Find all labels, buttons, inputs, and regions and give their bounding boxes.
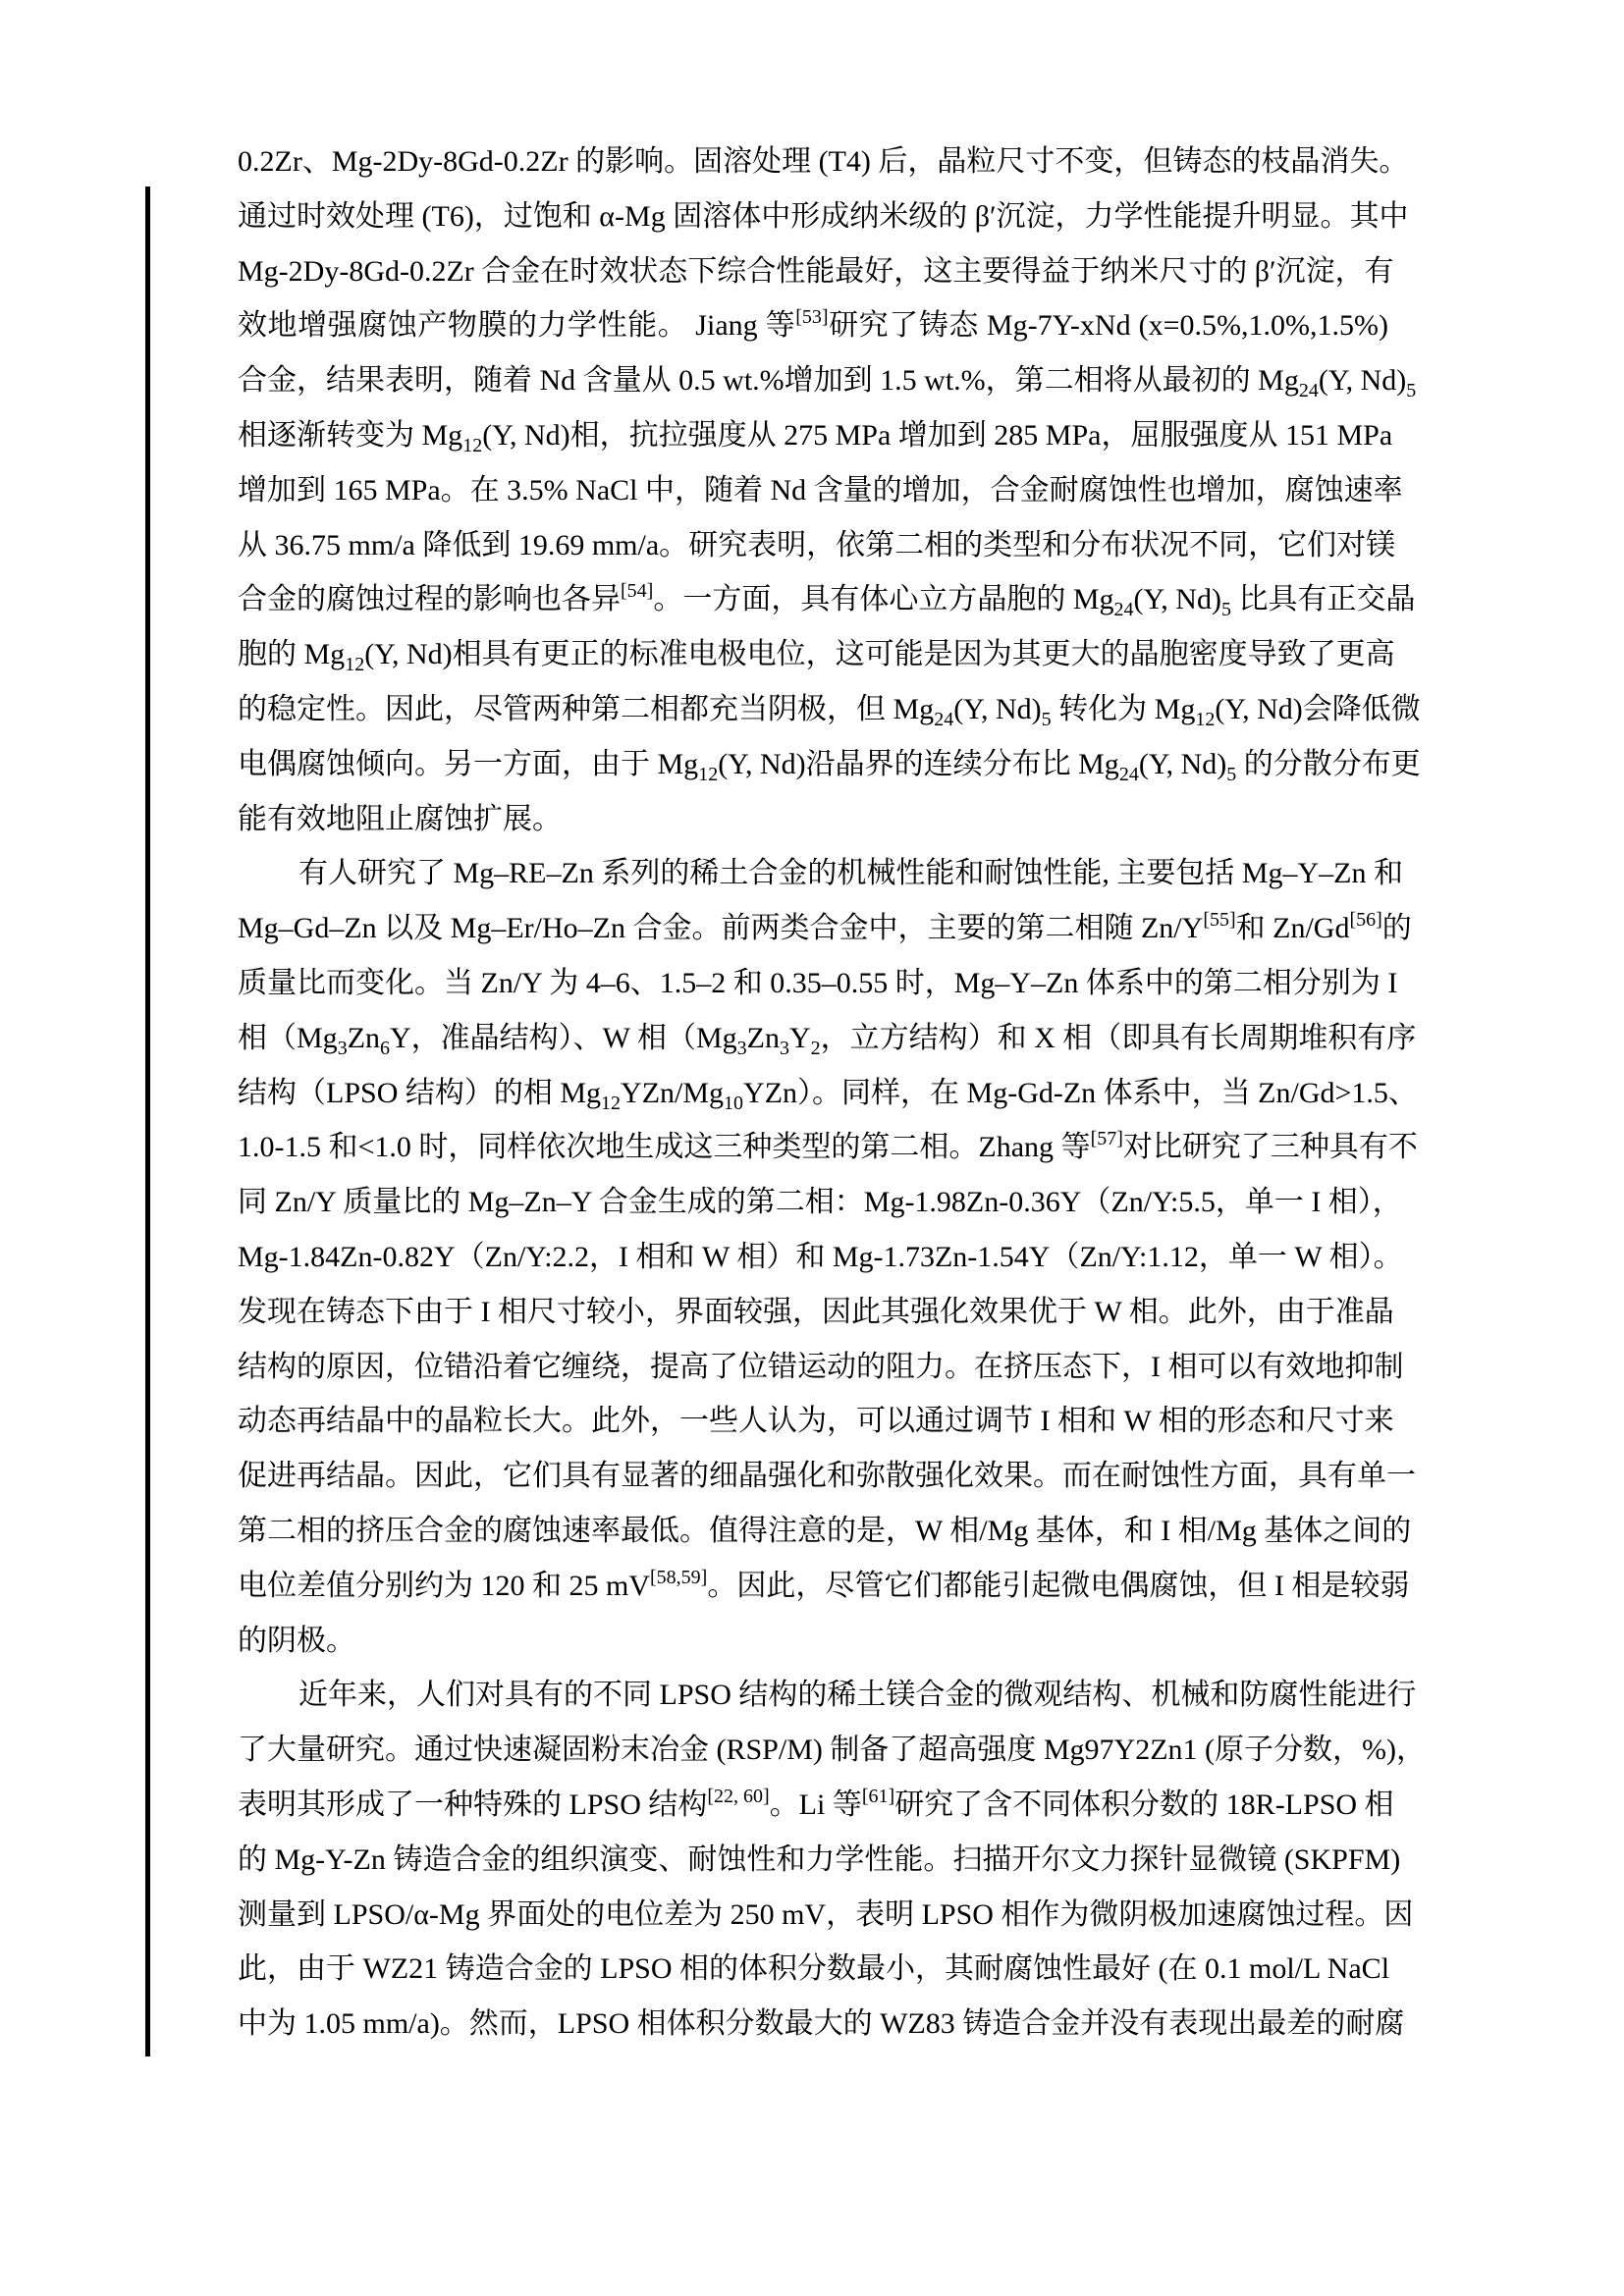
left-margin-line (145, 187, 150, 2056)
text-segment: 。一方面，具有体心立方晶胞的 Mg (653, 583, 1113, 615)
subscript: 3 (338, 1038, 348, 1059)
subscript: 6 (380, 1038, 390, 1059)
superscript-reference: [57] (1091, 1128, 1123, 1149)
text-segment: 能有效地阻止腐蚀扩展。 (238, 803, 562, 835)
text-line: Mg-1.84Zn-0.82Y（Zn/Y:2.2，I 相和 W 相）和 Mg-1… (238, 1230, 1388, 1285)
text-segment: 比具有正交晶 (1231, 583, 1416, 615)
text-segment: 。因此，尽管它们都能引起微电偶腐蚀，但 I 相是较弱 (707, 1570, 1409, 1602)
text-line: 同 Zn/Y 质量比的 Mg–Zn–Y 合金生成的第二相：Mg-1.98Zn-0… (238, 1175, 1388, 1230)
text-segment: ，立方结构）和 X 相（即具有长周期堆积有序 (821, 1022, 1417, 1054)
text-line: 1.0-1.5 和<1.0 时，同样依次地生成这三种类型的第二相。Zhang 等… (238, 1120, 1388, 1175)
text-segment: 了大量研究。通过快速凝固粉末冶金 (RSP/M) 制备了超高强度 Mg97Y2Z… (238, 1734, 1426, 1766)
subscript: 2 (811, 1038, 821, 1059)
subscript: 12 (601, 1093, 621, 1114)
text-line: 通过时效处理 (T6)，过饱和 α-Mg 固溶体中形成纳米级的 β′沉淀，力学性… (238, 189, 1388, 244)
text-line: Mg–Gd–Zn 以及 Mg–Er/Ho–Zn 合金。前两类合金中，主要的第二相… (238, 901, 1388, 956)
text-line: 胞的 Mg12(Y, Nd)相具有更正的标准电极电位，这可能是因为其更大的晶胞密… (238, 627, 1388, 682)
text-segment: 的 Mg-Y-Zn 铸造合金的组织演变、耐蚀性和力学性能。扫描开尔文力探针显微镜… (238, 1843, 1400, 1876)
text-segment: (Y, Nd)相，抗拉强度从 275 MPa 增加到 285 MPa，屈服强度从… (482, 419, 1392, 452)
text-segment: 的阴极。 (238, 1625, 355, 1657)
text-line: 相（Mg3Zn6Y，准晶结构）、W 相（Mg3Zn3Y2，立方结构）和 X 相（… (238, 1011, 1388, 1066)
text-line: 相逐渐转变为 Mg12(Y, Nd)相，抗拉强度从 275 MPa 增加到 28… (238, 408, 1388, 463)
text-line: 有人研究了 Mg–RE–Zn 系列的稀土合金的机械性能和耐蚀性能, 主要包括 M… (238, 846, 1388, 901)
text-segment: 结构的原因，位错沿着它缠绕，提高了位错运动的阻力。在挤压态下，I 相可以有效地抑… (238, 1351, 1404, 1383)
subscript: 24 (934, 709, 953, 730)
text-line: 从 36.75 mm/a 降低到 19.69 mm/a。研究表明，依第二相的类型… (238, 518, 1388, 573)
text-segment: Zn (747, 1022, 780, 1054)
subscript: 10 (724, 1093, 743, 1114)
text-line: 了大量研究。通过快速凝固粉末冶金 (RSP/M) 制备了超高强度 Mg97Y2Z… (238, 1723, 1388, 1778)
text-segment: 发现在铸态下由于 I 相尺寸较小，界面较强，因此其强化效果优于 W 相。此外，由… (238, 1296, 1394, 1328)
text-segment: 的稳定性。因此，尽管两种第二相都充当阴极，但 Mg (238, 693, 934, 725)
text-segment: (Y, Nd) (953, 693, 1041, 725)
text-segment: 胞的 Mg (238, 638, 345, 670)
text-line: 合金，结果表明，随着 Nd 含量从 0.5 wt.%增加到 1.5 wt.%，第… (238, 353, 1388, 408)
text-segment: (Y, Nd) (1319, 364, 1406, 397)
text-segment: 结构（LPSO 结构）的相 Mg (238, 1077, 601, 1109)
text-segment: 中为 1.05 mm/a)。然而，LPSO 相体积分数最大的 WZ83 铸造合金… (238, 2007, 1404, 2040)
superscript-reference: [55] (1203, 909, 1235, 931)
subscript: 3 (737, 1038, 747, 1059)
text-line: 第二相的挤压合金的腐蚀速率最低。值得注意的是，W 相/Mg 基体，和 I 相/M… (238, 1504, 1388, 1559)
text-segment: 第二相的挤压合金的腐蚀速率最低。值得注意的是，W 相/Mg 基体，和 I 相/M… (238, 1515, 1411, 1547)
text-segment: 相逐渐转变为 Mg (238, 419, 462, 452)
text-segment: (Y, Nd)会降低微 (1215, 693, 1420, 725)
superscript-reference: [58,59] (650, 1567, 707, 1588)
subscript: 12 (698, 764, 718, 785)
text-line: 发现在铸态下由于 I 相尺寸较小，界面较强，因此其强化效果优于 W 相。此外，由… (238, 1285, 1388, 1340)
document-body: 0.2Zr、Mg-2Dy-8Gd-0.2Zr 的影响。固溶处理 (T4) 后，晶… (238, 134, 1388, 2052)
text-segment: Mg-2Dy-8Gd-0.2Zr 合金在时效状态下综合性能最好，这主要得益于纳米… (238, 255, 1394, 288)
text-line: 的阴极。 (238, 1614, 1388, 1669)
text-line: 的稳定性。因此，尽管两种第二相都充当阴极，但 Mg24(Y, Nd)5 转化为 … (238, 682, 1388, 737)
text-line: 电位差值分别约为 120 和 25 mV[58,59]。因此，尽管它们都能引起微… (238, 1559, 1388, 1614)
text-segment: YZn/Mg (621, 1077, 724, 1109)
superscript-reference: [56] (1349, 909, 1381, 931)
text-segment: 通过时效处理 (T6)，过饱和 α-Mg 固溶体中形成纳米级的 β′沉淀，力学性… (238, 200, 1409, 233)
subscript: 5 (1221, 599, 1231, 620)
text-segment: 研究了含不同体积分数的 18R-LPSO 相 (894, 1789, 1393, 1821)
text-line: 合金的腐蚀过程的影响也各异[54]。一方面，具有体心立方晶胞的 Mg24(Y, … (238, 572, 1388, 627)
subscript: 12 (345, 654, 364, 675)
text-segment: 效地增强腐蚀产物膜的力学性能。 Jiang 等 (238, 309, 795, 342)
superscript-reference: [61] (862, 1786, 894, 1807)
text-line: 此，由于 WZ21 铸造合金的 LPSO 相的体积分数最小，其耐腐蚀性最好 (在… (238, 1942, 1388, 1997)
subscript: 5 (1226, 764, 1236, 785)
text-line: 动态再结晶中的晶粒长大。此外，一些人认为，可以通过调节 I 相和 W 相的形态和… (238, 1394, 1388, 1449)
text-segment: (Y, Nd) (1139, 748, 1226, 780)
text-line: 中为 1.05 mm/a)。然而，LPSO 相体积分数最大的 WZ83 铸造合金… (238, 1997, 1388, 2052)
subscript: 24 (1299, 380, 1319, 401)
subscript: 24 (1114, 599, 1134, 620)
text-line: 结构（LPSO 结构）的相 Mg12YZn/Mg10YZn）。同样，在 Mg-G… (238, 1066, 1388, 1121)
text-segment: 有人研究了 Mg–RE–Zn 系列的稀土合金的机械性能和耐蚀性能, 主要包括 M… (298, 857, 1403, 889)
text-segment: 研究了铸态 Mg-7Y-xNd (x=0.5%,1.0%,1.5%) (829, 309, 1388, 342)
text-segment: 从 36.75 mm/a 降低到 19.69 mm/a。研究表明，依第二相的类型… (238, 529, 1395, 561)
text-segment: (Y, Nd) (1134, 583, 1221, 615)
text-segment: Mg–Gd–Zn 以及 Mg–Er/Ho–Zn 合金。前两类合金中，主要的第二相… (238, 912, 1203, 944)
text-line: Mg-2Dy-8Gd-0.2Zr 合金在时效状态下综合性能最好，这主要得益于纳米… (238, 244, 1388, 299)
text-segment: 近年来，人们对具有的不同 LPSO 结构的稀土镁合金的微观结构、机械和防腐性能进… (298, 1679, 1416, 1711)
text-segment: 合金的腐蚀过程的影响也各异 (238, 583, 621, 615)
text-segment: 此，由于 WZ21 铸造合金的 LPSO 相的体积分数最小，其耐腐蚀性最好 (在… (238, 1952, 1389, 1985)
text-line: 表明其形成了一种特殊的 LPSO 结构[22, 60]。Li 等[61]研究了含… (238, 1778, 1388, 1833)
superscript-reference: [22, 60] (707, 1786, 769, 1807)
paragraph: 有人研究了 Mg–RE–Zn 系列的稀土合金的机械性能和耐蚀性能, 主要包括 M… (238, 846, 1388, 1668)
text-segment: 促进再结晶。因此，它们具有显著的细晶强化和弥散强化效果。而在耐蚀性方面，具有单一 (238, 1460, 1416, 1492)
text-segment: 相（Mg (238, 1022, 338, 1054)
document-page: 0.2Zr、Mg-2Dy-8Gd-0.2Zr 的影响。固溶处理 (T4) 后，晶… (0, 0, 1624, 2296)
text-line: 能有效地阻止腐蚀扩展。 (238, 792, 1388, 847)
text-segment: 。Li 等 (770, 1789, 862, 1821)
text-line: 促进再结晶。因此，它们具有显著的细晶强化和弥散强化效果。而在耐蚀性方面，具有单一 (238, 1449, 1388, 1504)
text-line: 效地增强腐蚀产物膜的力学性能。 Jiang 等[53]研究了铸态 Mg-7Y-x… (238, 298, 1388, 353)
text-line: 测量到 LPSO/α-Mg 界面处的电位差为 250 mV，表明 LPSO 相作… (238, 1888, 1388, 1943)
text-segment: 电偶腐蚀倾向。另一方面，由于 Mg (238, 748, 698, 780)
text-line: 质量比而变化。当 Zn/Y 为 4–6、1.5–2 和 0.35–0.55 时，… (238, 956, 1388, 1011)
subscript: 5 (1042, 709, 1052, 730)
text-segment: 动态再结晶中的晶粒长大。此外，一些人认为，可以通过调节 I 相和 W 相的形态和… (238, 1405, 1394, 1437)
text-segment: 和 Zn/Gd (1236, 912, 1350, 944)
subscript: 5 (1406, 380, 1416, 401)
text-segment: 质量比而变化。当 Zn/Y 为 4–6、1.5–2 和 0.35–0.55 时，… (238, 967, 1397, 999)
text-line: 结构的原因，位错沿着它缠绕，提高了位错运动的阻力。在挤压态下，I 相可以有效地抑… (238, 1340, 1388, 1395)
subscript: 12 (1195, 709, 1215, 730)
text-line: 增加到 165 MPa。在 3.5% NaCl 中，随着 Nd 含量的增加，合金… (238, 463, 1388, 518)
subscript: 12 (462, 435, 482, 456)
text-segment: 电位差值分别约为 120 和 25 mV (238, 1570, 650, 1602)
text-line: 0.2Zr、Mg-2Dy-8Gd-0.2Zr 的影响。固溶处理 (T4) 后，晶… (238, 134, 1388, 189)
superscript-reference: [54] (621, 580, 653, 602)
text-segment: 对比研究了三种具有不 (1123, 1131, 1418, 1163)
text-segment: 的 (1382, 912, 1412, 944)
subscript: 3 (780, 1038, 789, 1059)
text-segment: 表明其形成了一种特殊的 LPSO 结构 (238, 1789, 707, 1821)
text-segment: 同 Zn/Y 质量比的 Mg–Zn–Y 合金生成的第二相：Mg-1.98Zn-0… (238, 1186, 1402, 1218)
text-segment: Mg-1.84Zn-0.82Y（Zn/Y:2.2，I 相和 W 相）和 Mg-1… (238, 1241, 1403, 1273)
text-line: 的 Mg-Y-Zn 铸造合金的组织演变、耐蚀性和力学性能。扫描开尔文力探针显微镜… (238, 1833, 1388, 1888)
text-segment: 增加到 165 MPa。在 3.5% NaCl 中，随着 Nd 含量的增加，合金… (238, 474, 1403, 507)
text-segment: Zn (348, 1022, 380, 1054)
paragraph: 近年来，人们对具有的不同 LPSO 结构的稀土镁合金的微观结构、机械和防腐性能进… (238, 1668, 1388, 2052)
text-line: 近年来，人们对具有的不同 LPSO 结构的稀土镁合金的微观结构、机械和防腐性能进… (238, 1668, 1388, 1723)
text-line: 电偶腐蚀倾向。另一方面，由于 Mg12(Y, Nd)沿晶界的连续分布比 Mg24… (238, 737, 1388, 792)
text-segment: (Y, Nd)沿晶界的连续分布比 Mg (718, 748, 1119, 780)
subscript: 24 (1119, 764, 1139, 785)
text-segment: Y (789, 1022, 811, 1054)
text-segment: 合金，结果表明，随着 Nd 含量从 0.5 wt.%增加到 1.5 wt.%，第… (238, 364, 1299, 397)
text-segment: 转化为 Mg (1052, 693, 1196, 725)
text-segment: (Y, Nd)相具有更正的标准电极电位，这可能是因为其更大的晶胞密度导致了更高 (364, 638, 1394, 670)
text-segment: 0.2Zr、Mg-2Dy-8Gd-0.2Zr 的影响。固溶处理 (T4) 后，晶… (238, 145, 1408, 178)
text-segment: 的分散分布更 (1236, 748, 1421, 780)
text-segment: YZn）。同样，在 Mg-Gd-Zn 体系中，当 Zn/Gd>1.5、 (743, 1077, 1418, 1109)
text-segment: 1.0-1.5 和<1.0 时，同样依次地生成这三种类型的第二相。Zhang 等 (238, 1131, 1091, 1163)
text-segment: Y，准晶结构）、W 相（Mg (390, 1022, 737, 1054)
paragraph: 0.2Zr、Mg-2Dy-8Gd-0.2Zr 的影响。固溶处理 (T4) 后，晶… (238, 134, 1388, 846)
superscript-reference: [53] (795, 306, 828, 328)
text-segment: 测量到 LPSO/α-Mg 界面处的电位差为 250 mV，表明 LPSO 相作… (238, 1898, 1413, 1931)
